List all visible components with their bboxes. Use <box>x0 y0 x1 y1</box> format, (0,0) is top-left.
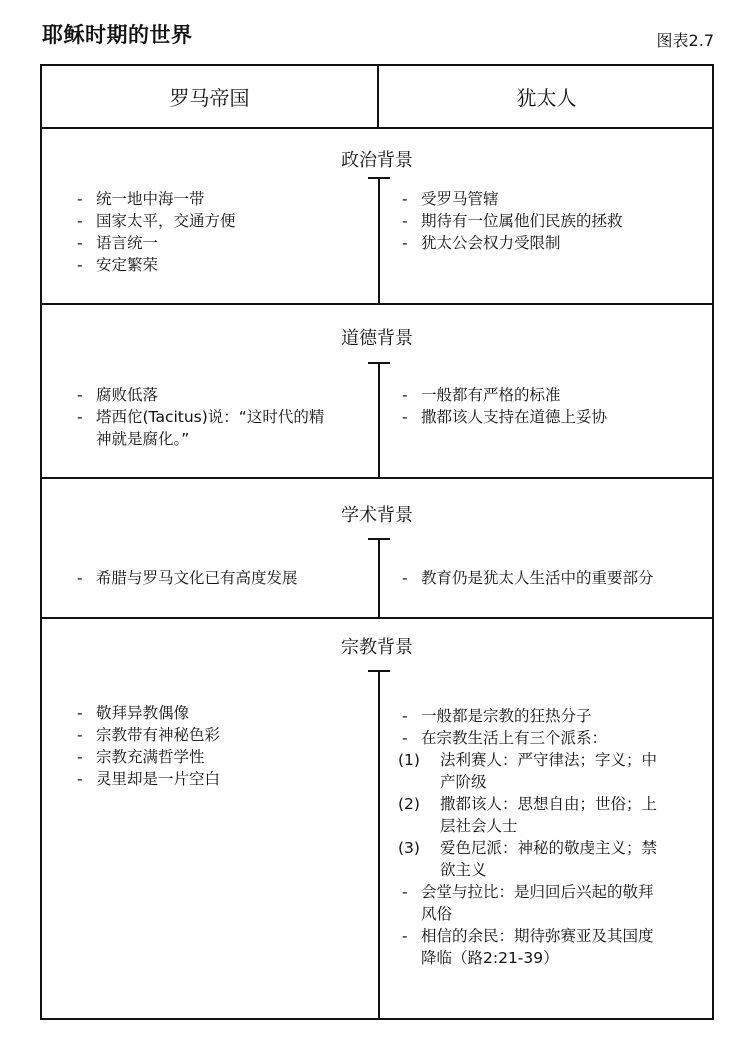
roman-list: -腐败低落 -塔西佗(Tacitus)说：“这时代的精神就是腐化。” <box>75 384 325 450</box>
list-item: -敬拜异教偶像 <box>75 702 365 724</box>
section-moral: 道德背景 -腐败低落 -塔西佗(Tacitus)说：“这时代的精神就是腐化。” … <box>42 305 712 479</box>
roman-list: -敬拜异教偶像 -宗教带有神秘色彩 -宗教充满哲学性 -灵里却是一片空白 <box>75 702 365 790</box>
list-item: -灵里却是一片空白 <box>75 768 365 790</box>
list-item: -会堂与拉比：是归回后兴起的敬拜风俗 <box>400 881 658 925</box>
section-political: 政治背景 -统一地中海一带 -国家太平，交通方便 -语言统一 -安定繁荣 -受罗… <box>42 129 712 305</box>
list-item: -在宗教生活上有三个派系： <box>400 727 658 749</box>
column-divider <box>378 177 380 303</box>
section-religious: 宗教背景 -敬拜异教偶像 -宗教带有神秘色彩 -宗教充满哲学性 -灵里却是一片空… <box>42 619 712 1020</box>
jewish-list: -受罗马管辖 -期待有一位属他们民族的拯救 -犹太公会权力受限制 <box>400 188 710 254</box>
section-title: 道德背景 <box>42 324 712 350</box>
list-item: -腐败低落 <box>75 384 325 406</box>
section-title: 政治背景 <box>42 146 712 172</box>
list-item: (3)爱色尼派：神秘的敬虔主义；禁欲主义 <box>400 837 658 881</box>
list-item: (1)法利赛人：严守律法；字义；中产阶级 <box>400 749 658 793</box>
jewish-list: -一般都是宗教的狂热分子 -在宗教生活上有三个派系： (1)法利赛人：严守律法；… <box>400 705 658 969</box>
list-item: -撒都该人支持在道德上妥协 <box>400 406 710 428</box>
column-divider <box>378 670 380 1020</box>
section-title: 学术背景 <box>42 501 712 527</box>
comparison-table: 罗马帝国 犹太人 政治背景 -统一地中海一带 -国家太平，交通方便 -语言统一 … <box>40 64 714 1020</box>
roman-list: -希腊与罗马文化已有高度发展 <box>75 567 365 589</box>
list-item: -教育仍是犹太人生活中的重要部分 <box>400 567 710 589</box>
list-item: -一般都有严格的标准 <box>400 384 710 406</box>
column-header-row: 罗马帝国 犹太人 <box>42 66 712 129</box>
list-item: -统一地中海一带 <box>75 188 365 210</box>
list-item: -期待有一位属他们民族的拯救 <box>400 210 710 232</box>
list-item: -安定繁荣 <box>75 254 365 276</box>
column-header-jews: 犹太人 <box>379 66 714 127</box>
figure-label: 图表2.7 <box>657 28 714 51</box>
list-item: -相信的余民：期待弥赛亚及其国度降临（路2:21-39） <box>400 925 658 969</box>
list-item: -犹太公会权力受限制 <box>400 232 710 254</box>
list-item: -塔西佗(Tacitus)说：“这时代的精神就是腐化。” <box>75 406 325 450</box>
jewish-list: -教育仍是犹太人生活中的重要部分 <box>400 567 710 589</box>
section-academic: 学术背景 -希腊与罗马文化已有高度发展 -教育仍是犹太人生活中的重要部分 <box>42 479 712 619</box>
list-item: (2)撒都该人：思想自由；世俗；上层社会人士 <box>400 793 658 837</box>
column-divider <box>378 538 380 617</box>
jewish-list: -一般都有严格的标准 -撒都该人支持在道德上妥协 <box>400 384 710 428</box>
column-divider <box>378 362 380 477</box>
list-item: -语言统一 <box>75 232 365 254</box>
list-item: -一般都是宗教的狂热分子 <box>400 705 658 727</box>
column-header-roman-empire: 罗马帝国 <box>42 66 379 127</box>
roman-list: -统一地中海一带 -国家太平，交通方便 -语言统一 -安定繁荣 <box>75 188 365 276</box>
page-title: 耶稣时期的世界 <box>42 19 193 49</box>
list-item: -国家太平，交通方便 <box>75 210 365 232</box>
section-title: 宗教背景 <box>42 633 712 659</box>
list-item: -宗教充满哲学性 <box>75 746 365 768</box>
list-item: -受罗马管辖 <box>400 188 710 210</box>
list-item: -宗教带有神秘色彩 <box>75 724 365 746</box>
list-item: -希腊与罗马文化已有高度发展 <box>75 567 365 589</box>
